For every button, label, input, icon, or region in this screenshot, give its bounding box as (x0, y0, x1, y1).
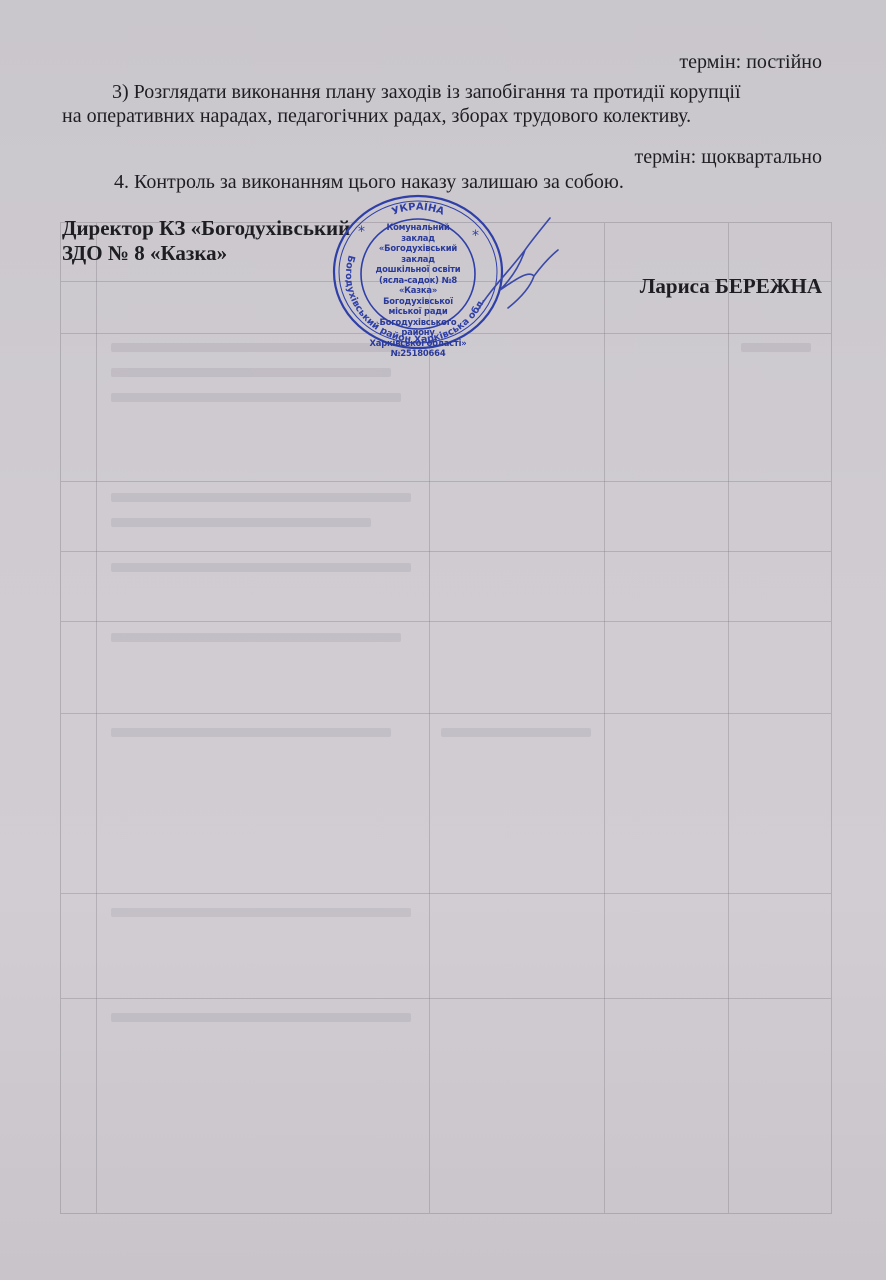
stamp-center-text: Комунальний заклад «Богодухівський закла… (368, 222, 468, 359)
term-permanent: термін: постійно (679, 50, 822, 74)
item-3-text-line1: 3) Розглядати виконання плану заходів із… (112, 80, 822, 104)
item-3-text-line2: на оперативних нарадах, педагогічних рад… (62, 104, 691, 128)
signatory-position-line2: ЗДО № 8 «Казка» (62, 241, 227, 265)
reverse-side-bleed-through-table (60, 222, 832, 1214)
document-page: термін: постійно 3) Розглядати виконання… (0, 0, 886, 1280)
item-4-text: 4. Контроль за виконанням цього наказу з… (114, 170, 624, 194)
signatory-position-line1: Директор КЗ «Богодухівський (62, 216, 350, 240)
signatory-name: Лариса БЕРЕЖНА (640, 274, 822, 298)
svg-text:*: * (358, 224, 365, 240)
term-quarterly: термін: щоквартально (634, 145, 822, 169)
handwritten-signature-icon (470, 210, 580, 320)
svg-text:УКРАЇНА: УКРАЇНА (390, 199, 445, 218)
